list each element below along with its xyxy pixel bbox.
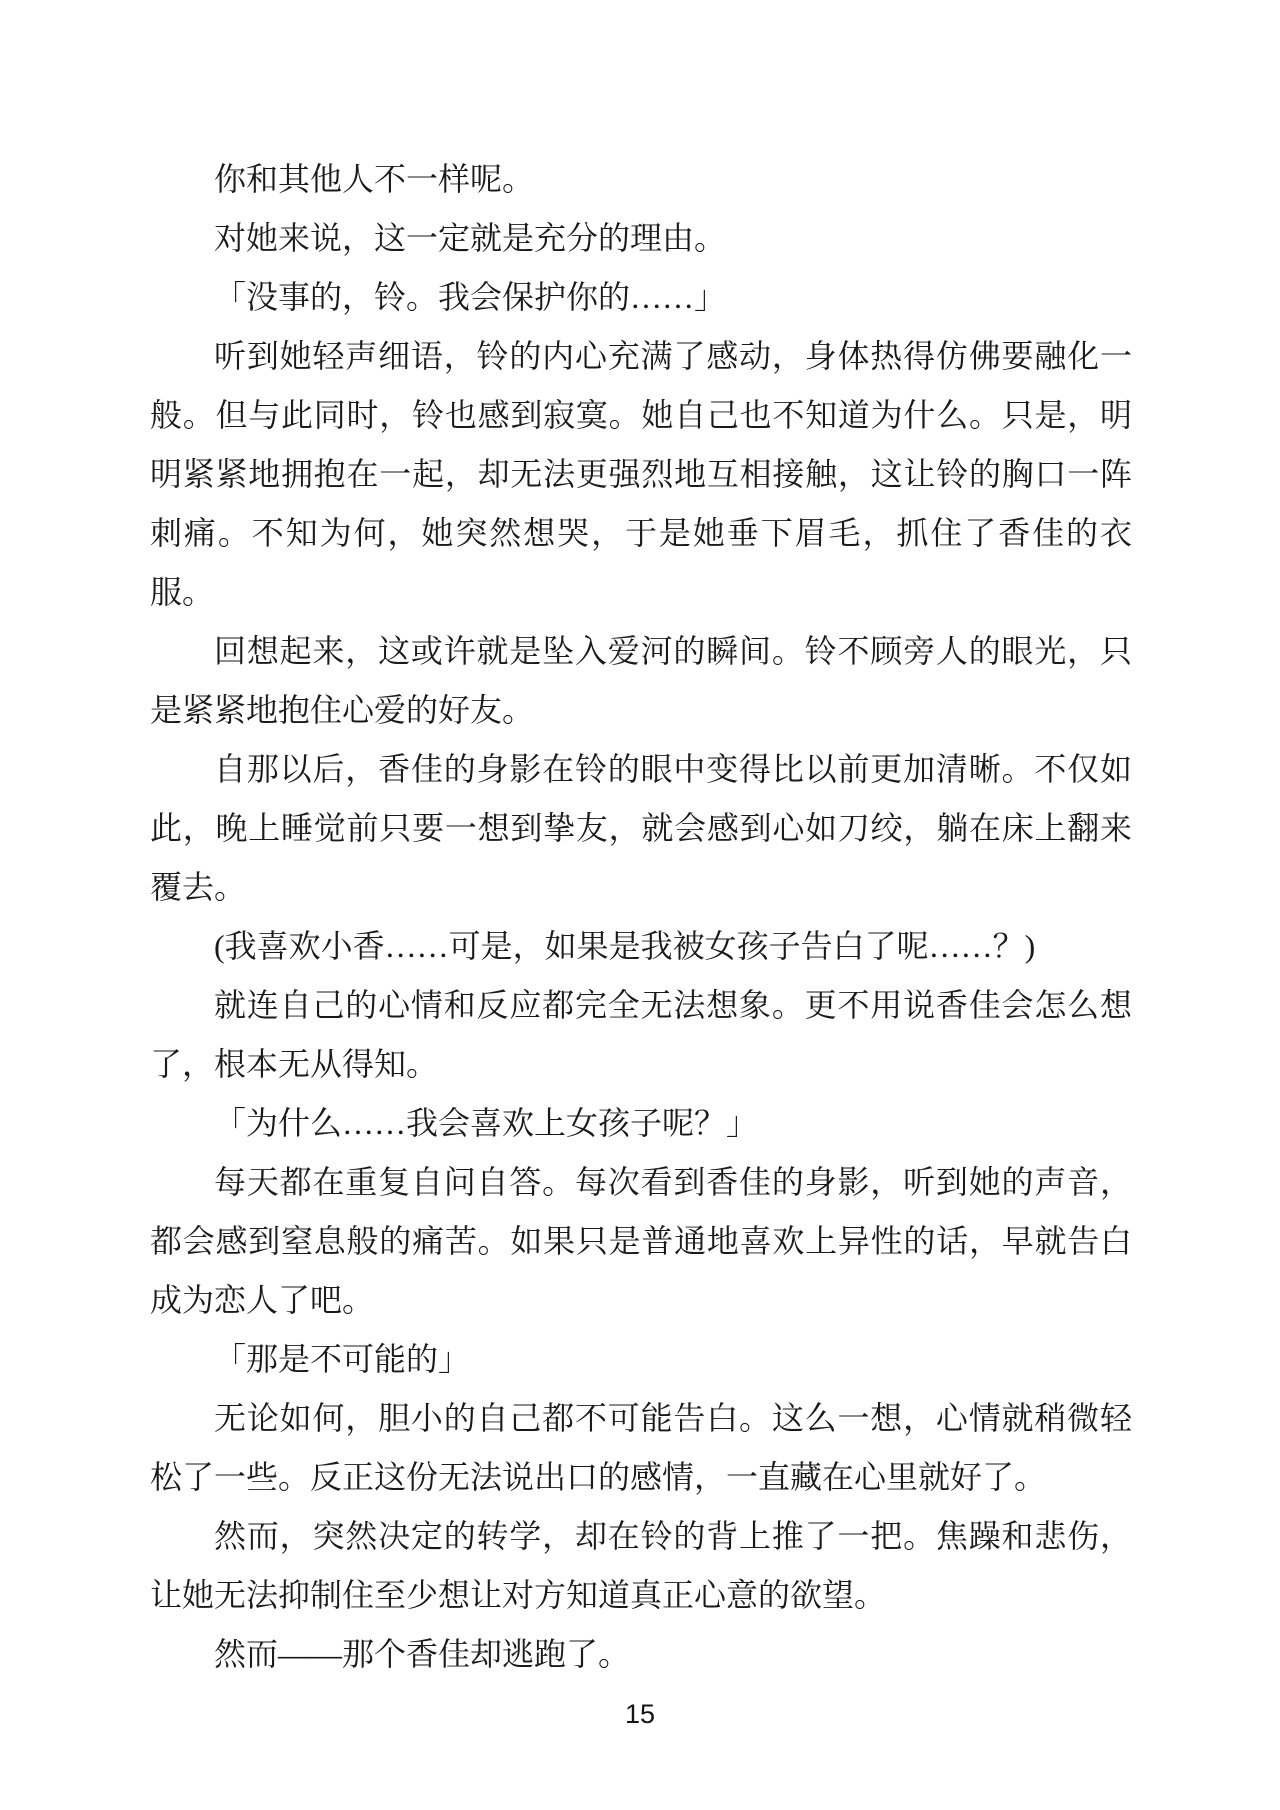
body-text: 你和其他人不一样呢。对她来说，这一定就是充分的理由。「没事的，铃。我会保护你的……	[150, 150, 1132, 1684]
paragraph: 每天都在重复自问自答。每次看到香佳的身影，听到她的声音，都会感到窒息般的痛苦。如…	[150, 1153, 1132, 1330]
paragraph: 然而——那个香佳却逃跑了。	[150, 1625, 1132, 1684]
paragraph: 回想起来，这或许就是坠入爱河的瞬间。铃不顾旁人的眼光，只是紧紧地抱住心爱的好友。	[150, 622, 1132, 740]
page-number: 15	[0, 1698, 1280, 1730]
paragraph: 你和其他人不一样呢。	[150, 150, 1132, 209]
paragraph: 无论如何，胆小的自己都不可能告白。这么一想，心情就稍微轻松了一些。反正这份无法说…	[150, 1389, 1132, 1507]
paragraph: 「那是不可能的」	[150, 1330, 1132, 1389]
paragraph: 「为什么……我会喜欢上女孩子呢？」	[150, 1094, 1132, 1153]
paragraph: (我喜欢小香……可是，如果是我被女孩子告白了呢……？)	[150, 917, 1132, 976]
paragraph: 就连自己的心情和反应都完全无法想象。更不用说香佳会怎么想了，根本无从得知。	[150, 976, 1132, 1094]
paragraph: 听到她轻声细语，铃的内心充满了感动，身体热得仿佛要融化一般。但与此同时，铃也感到…	[150, 327, 1132, 622]
paragraph: 然而，突然决定的转学，却在铃的背上推了一把。焦躁和悲伤，让她无法抑制住至少想让对…	[150, 1507, 1132, 1625]
paragraph: 对她来说，这一定就是充分的理由。	[150, 209, 1132, 268]
paragraph: 自那以后，香佳的身影在铃的眼中变得比以前更加清晰。不仅如此，晚上睡觉前只要一想到…	[150, 740, 1132, 917]
book-page: 你和其他人不一样呢。对她来说，这一定就是充分的理由。「没事的，铃。我会保护你的……	[0, 0, 1280, 1810]
paragraph: 「没事的，铃。我会保护你的……」	[150, 268, 1132, 327]
